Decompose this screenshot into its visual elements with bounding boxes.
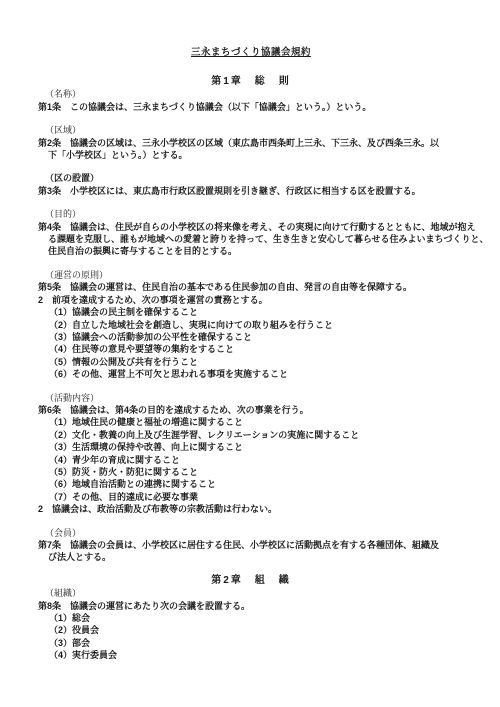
chapter-1-heading: 第1章 総 則	[38, 76, 464, 88]
cont-line: 下「小学校区」という。）とする。	[38, 149, 464, 161]
item-line: （7）その他、目的達成に必要な事業	[38, 491, 464, 503]
item-line: （4）実行委員会	[38, 649, 464, 661]
article-line: 第3条 小学校区には、東広島市行政区設置規則を引き継ぎ、行政区に相当する区を設置…	[38, 185, 464, 197]
item-line: （2）自立した地域社会を創造し、実現に向けての取り組みを行うこと	[38, 319, 464, 331]
item-line: （1）協議会の民主制を確保すること	[38, 306, 464, 318]
document-title: 三永まちづくり協議会規約	[38, 46, 464, 59]
item-line: （3）部会	[38, 637, 464, 649]
article-line: 第5条 協議会の運営は、住民自治の基本である住民参加の自由、発言の自由等を保障す…	[38, 281, 464, 293]
document-page: 三永まちづくり協議会規約 第1章 総 則（名称）第1条 この協議会は、三永まちづ…	[0, 0, 500, 707]
section-label: （運営の原則）	[38, 269, 464, 281]
section-label: （名称）	[38, 88, 464, 100]
item-line: （1）総会	[38, 612, 464, 624]
section-label: （活動内容）	[38, 392, 464, 404]
document-body: 第1章 総 則（名称）第1条 この協議会は、三永まちづくり協議会（以下「協議会」…	[38, 76, 464, 662]
item-line: （1）地域住民の健康と福祉の増進に関すること	[38, 416, 464, 428]
item-line: （6）地域自治活動との連携に関すること	[38, 478, 464, 490]
article-line: 第2条 協議会の区域は、三永小学校区の区域（東広島市西条町上三永、下三永、及び西…	[38, 137, 464, 149]
item-line: （5）情報の公開及び共有を行うこと	[38, 356, 464, 368]
article-line: 第4条 協議会は、住民が自らの小学校区の将来像を考え、その実現に向けて行動すると…	[38, 221, 464, 233]
section-label: （区域）	[38, 124, 464, 136]
para-line: 2 協議会は、政治活動及び布教等の宗教活動は行わない。	[38, 503, 464, 515]
item-line: （6）その他、運営上不可欠と思われる事項を実施すること	[38, 368, 464, 380]
section-label: （目的）	[38, 208, 464, 220]
item-line: （2）役員会	[38, 624, 464, 636]
article-line: 第1条 この協議会は、三永まちづくり協議会（以下「協議会」という。）という。	[38, 101, 464, 113]
item-line: （4）住民等の意見や要望等の集約をすること	[38, 343, 464, 355]
article-line: 第7条 協議会の会員は、小学校区に居住する住民、小学校区に活動拠点を有する各種団…	[38, 539, 464, 551]
cont-line: る課題を克服し、誰もが地域への愛着と誇りを持って、生き生きと安心して暮らせる住み…	[38, 233, 464, 245]
article-line: 第8条 協議会の運営にあたり次の会議を設置する。	[38, 600, 464, 612]
article-line: 第6条 協議会は、第4条の目的を達成するため、次の事業を行う。	[38, 404, 464, 416]
section-label: （会員）	[38, 527, 464, 539]
item-line: （2）文化・教養の向上及び生涯学習、レクリエーションの実施に関すること	[38, 429, 464, 441]
item-line: （3）生活環境の保持や改善、向上に関すること	[38, 441, 464, 453]
item-line: （4）青少年の育成に関すること	[38, 454, 464, 466]
item-line: （5）防災・防火・防犯に関すること	[38, 466, 464, 478]
cont-line: 住民自治の振興に寄与することを目的とする。	[38, 245, 464, 257]
chapter-2-heading: 第2章 組 織	[38, 575, 464, 587]
para-line: 2 前項を達成するため、次の事項を運営の責務とする。	[38, 294, 464, 306]
section-label: （組織）	[38, 587, 464, 599]
section-label: （区の設置）	[38, 172, 464, 184]
cont-line: び法人とする。	[38, 551, 464, 563]
item-line: （3）協議会への活動参加の公平性を確保すること	[38, 331, 464, 343]
